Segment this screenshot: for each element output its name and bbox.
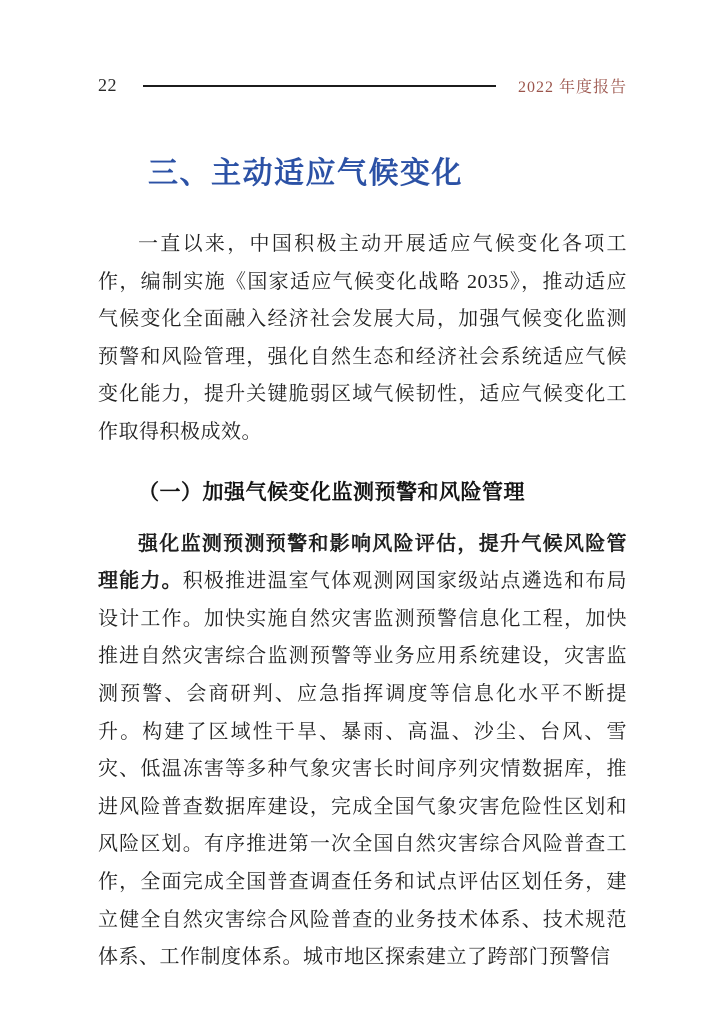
report-title: 2022 年度报告 [518, 74, 627, 97]
page-number: 22 [98, 75, 117, 96]
header-rule [143, 85, 496, 87]
body-paragraph: 强化监测预测预警和影响风险评估，提升气候风险管理能力。积极推进温室气体观测网国家… [98, 526, 627, 977]
body-paragraph-text: 积极推进温室气体观测网国家级站点遴选和布局设计工作。加快实施自然灾害监测预警信息… [98, 570, 627, 968]
document-page: 22 2022 年度报告 三、主动适应气候变化 一直以来，中国积极主动开展适应气… [0, 0, 724, 1023]
running-header: 22 2022 年度报告 [98, 74, 627, 96]
chapter-title: 三、主动适应气候变化 [148, 148, 627, 192]
intro-paragraph: 一直以来，中国积极主动开展适应气候变化各项工作，编制实施《国家适应气候变化战略 … [98, 226, 627, 452]
subsection-title: （一）加强气候变化监测预警和风险管理 [138, 476, 627, 506]
page-content: 22 2022 年度报告 三、主动适应气候变化 一直以来，中国积极主动开展适应气… [98, 0, 627, 977]
